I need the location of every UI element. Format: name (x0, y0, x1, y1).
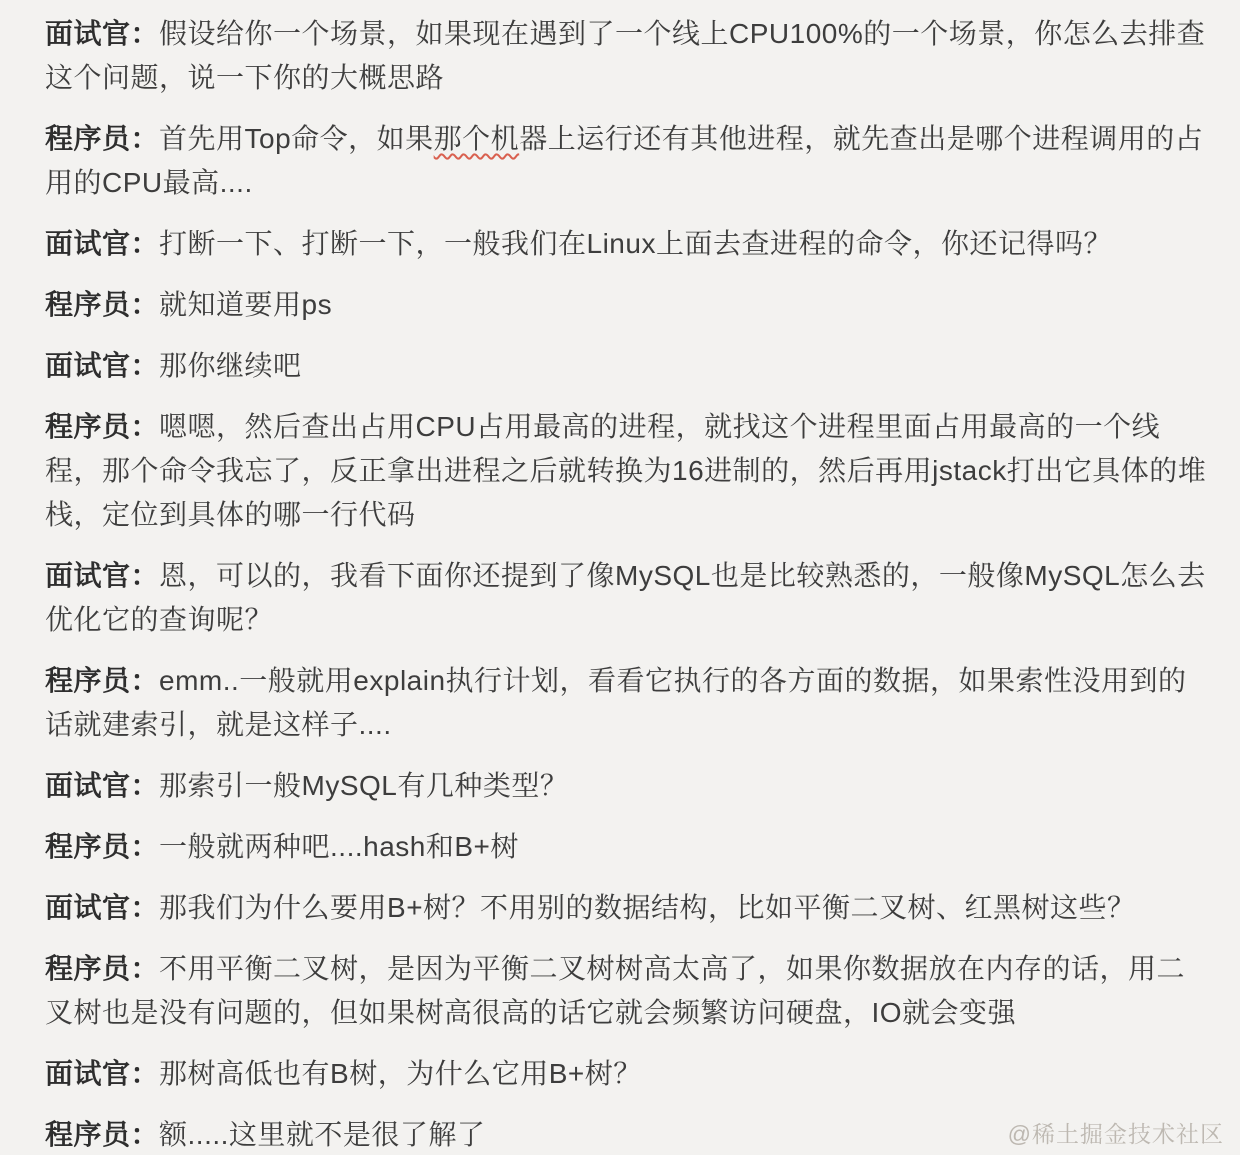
dialogue-text: 假设给你一个场景，如果现在遇到了一个线上CPU100%的一个场景，你怎么去排查这… (45, 18, 1205, 93)
dialogue-text: 一般就两种吧....hash和B+树 (159, 831, 519, 862)
watermark-text: @稀土掘金技术社区 (1008, 1116, 1224, 1149)
dialogue-text: 额.....这里就不是很了解了 (159, 1119, 485, 1150)
speaker-label: 面试官： (45, 892, 159, 923)
dialogue-paragraph: 面试官：打断一下、打断一下，一般我们在Linux上面去查进程的命令，你还记得吗？ (45, 222, 1208, 266)
dialogue-paragraph: 程序员：首先用Top命令，如果那个机器上运行还有其他进程，就先查出是哪个进程调用… (45, 117, 1208, 205)
speaker-label: 程序员： (45, 1119, 159, 1150)
dialogue-text: 打断一下、打断一下，一般我们在Linux上面去查进程的命令，你还记得吗？ (159, 228, 1112, 259)
speaker-label: 面试官： (45, 350, 159, 381)
dialogue-paragraph: 面试官：那我们为什么要用B+树？不用别的数据结构，比如平衡二叉树、红黑树这些？ (45, 886, 1208, 930)
dialogue-paragraph: 程序员：就知道要用ps (45, 283, 1208, 327)
speaker-label: 程序员： (45, 665, 159, 696)
dialogue-list: 面试官：假设给你一个场景，如果现在遇到了一个线上CPU100%的一个场景，你怎么… (45, 12, 1208, 1155)
dialogue-paragraph: 程序员：emm..一般就用explain执行计划，看看它执行的各方面的数据，如果… (45, 659, 1208, 747)
dialogue-paragraph: 面试官：那索引一般MySQL有几种类型？ (45, 764, 1208, 808)
dialogue-text: 那你继续吧 (159, 350, 302, 381)
speaker-label: 程序员： (45, 953, 159, 984)
dialogue-text: 恩，可以的，我看下面你还提到了像MySQL也是比较熟悉的，一般像MySQL怎么去… (45, 560, 1206, 635)
dialogue-paragraph: 面试官：那树高低也有B树，为什么它用B+树？ (45, 1052, 1208, 1096)
speaker-label: 面试官： (45, 560, 159, 591)
speaker-label: 程序员： (45, 411, 159, 442)
speaker-label: 面试官： (45, 18, 159, 49)
speaker-label: 面试官： (45, 1058, 159, 1089)
dialogue-text: 那树高低也有B树，为什么它用B+树？ (159, 1058, 642, 1089)
dialogue-text: 那索引一般MySQL有几种类型？ (159, 770, 568, 801)
dialogue-text: 就知道要用ps (159, 289, 332, 320)
speaker-label: 面试官： (45, 770, 159, 801)
dialogue-text: 首先用Top命令，如果 (159, 123, 434, 154)
dialogue-text: 不用平衡二叉树，是因为平衡二叉树树高太高了，如果你数据放在内存的话，用二叉树也是… (45, 953, 1185, 1028)
dialogue-text: 那我们为什么要用B+树？不用别的数据结构，比如平衡二叉树、红黑树这些？ (159, 892, 1136, 923)
dialogue-text: emm..一般就用explain执行计划，看看它执行的各方面的数据，如果索性没用… (45, 665, 1187, 740)
dialogue-paragraph: 面试官：那你继续吧 (45, 344, 1208, 388)
dialogue-paragraph: 程序员：一般就两种吧....hash和B+树 (45, 825, 1208, 869)
speaker-label: 程序员： (45, 831, 159, 862)
spellcheck-wavy-text: 那个机 (434, 123, 520, 154)
interview-transcript-page: 面试官：假设给你一个场景，如果现在遇到了一个线上CPU100%的一个场景，你怎么… (0, 0, 1240, 1155)
dialogue-paragraph: 程序员：不用平衡二叉树，是因为平衡二叉树树高太高了，如果你数据放在内存的话，用二… (45, 947, 1208, 1035)
speaker-label: 程序员： (45, 289, 159, 320)
speaker-label: 面试官： (45, 228, 159, 259)
dialogue-paragraph: 程序员：嗯嗯，然后查出占用CPU占用最高的进程，就找这个进程里面占用最高的一个线… (45, 405, 1208, 537)
speaker-label: 程序员： (45, 123, 159, 154)
dialogue-paragraph: 面试官：假设给你一个场景，如果现在遇到了一个线上CPU100%的一个场景，你怎么… (45, 12, 1208, 100)
dialogue-paragraph: 面试官：恩，可以的，我看下面你还提到了像MySQL也是比较熟悉的，一般像MySQ… (45, 554, 1208, 642)
dialogue-text: 嗯嗯，然后查出占用CPU占用最高的进程，就找这个进程里面占用最高的一个线程，那个… (45, 411, 1206, 530)
